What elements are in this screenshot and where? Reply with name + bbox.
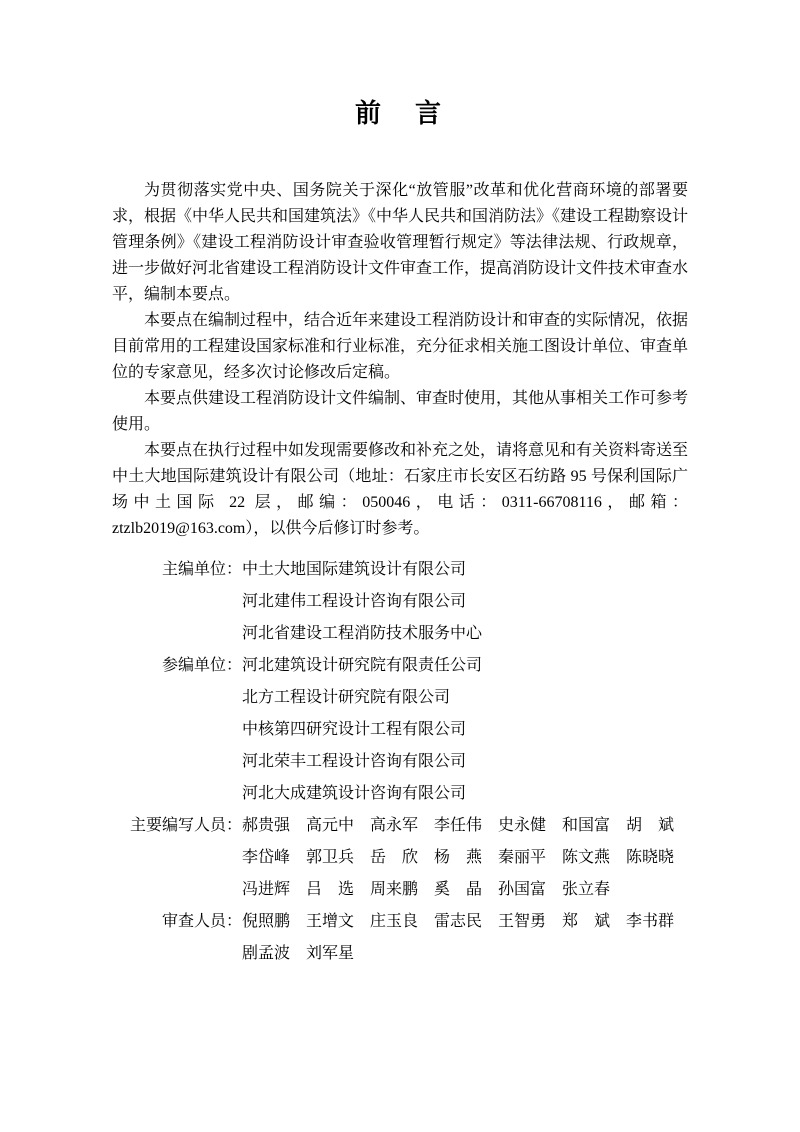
credit-label: 审查人员： [112,906,242,938]
credit-line: 冯进辉 吕 选 周来鹏 奚 晶 孙国富 张立春 [242,874,688,906]
credit-line: 李岱峰 郭卫兵 岳 欣 杨 燕 秦丽平 陈文燕 陈晓晓 [242,842,688,874]
credit-line: 北方工程设计研究院有限公司 [242,682,688,714]
preface-paragraph: 本要点在编制过程中，结合近年来建设工程消防设计和审查的实际情况，依据目前常用的工… [112,308,688,386]
credit-line: 河北建筑设计研究院有限责任公司 [242,650,688,682]
document-page: 前 言 为贯彻落实党中央、国务院关于深化“放管服”改革和优化营商环境的部署要求，… [0,0,800,1132]
credit-line: 剧孟波 刘军星 [242,938,688,970]
credit-line: 河北建伟工程设计咨询有限公司 [242,586,688,618]
credit-group-chief-editors: 主编单位： 中土大地国际建筑设计有限公司 河北建伟工程设计咨询有限公司 河北省建… [112,554,688,650]
credit-line: 中土大地国际建筑设计有限公司 [242,554,688,586]
credit-label: 主要编写人员： [112,810,242,842]
credits-section: 主编单位： 中土大地国际建筑设计有限公司 河北建伟工程设计咨询有限公司 河北省建… [112,554,688,970]
credit-group-reviewers: 审查人员： 倪照鹏 王增文 庄玉良 雷志民 王智勇 郑 斌 李书群 剧孟波 刘军… [112,906,688,970]
credit-group-authors: 主要编写人员： 郝贵强 高元中 高永军 李任伟 史永健 和国富 胡 斌 李岱峰 … [112,810,688,906]
credit-content: 中土大地国际建筑设计有限公司 河北建伟工程设计咨询有限公司 河北省建设工程消防技… [242,554,688,650]
preface-paragraph: 本要点供建设工程消防设计文件编制、审查时使用，其他从事相关工作可参考使用。 [112,386,688,438]
credit-line: 河北大成建筑设计咨询有限公司 [242,778,688,810]
preface-paragraph: 为贯彻落实党中央、国务院关于深化“放管服”改革和优化营商环境的部署要求，根据《中… [112,178,688,308]
credit-line: 河北荣丰工程设计咨询有限公司 [242,746,688,778]
credit-label: 参编单位： [112,650,242,682]
credit-group-co-editors: 参编单位： 河北建筑设计研究院有限责任公司 北方工程设计研究院有限公司 中核第四… [112,650,688,810]
credit-label: 主编单位： [112,554,242,586]
page-title: 前 言 [112,96,688,132]
credit-content: 河北建筑设计研究院有限责任公司 北方工程设计研究院有限公司 中核第四研究设计工程… [242,650,688,810]
credit-content: 郝贵强 高元中 高永军 李任伟 史永健 和国富 胡 斌 李岱峰 郭卫兵 岳 欣 … [242,810,688,906]
preface-body: 为贯彻落实党中央、国务院关于深化“放管服”改革和优化营商环境的部署要求，根据《中… [112,178,688,542]
credit-line: 中核第四研究设计工程有限公司 [242,714,688,746]
credit-line: 河北省建设工程消防技术服务中心 [242,618,688,650]
credit-content: 倪照鹏 王增文 庄玉良 雷志民 王智勇 郑 斌 李书群 剧孟波 刘军星 [242,906,688,970]
credit-line: 倪照鹏 王增文 庄玉良 雷志民 王智勇 郑 斌 李书群 [242,906,688,938]
preface-paragraph: 本要点在执行过程中如发现需要修改和补充之处，请将意见和有关资料寄送至中土大地国际… [112,438,688,542]
credit-line: 郝贵强 高元中 高永军 李任伟 史永健 和国富 胡 斌 [242,810,688,842]
